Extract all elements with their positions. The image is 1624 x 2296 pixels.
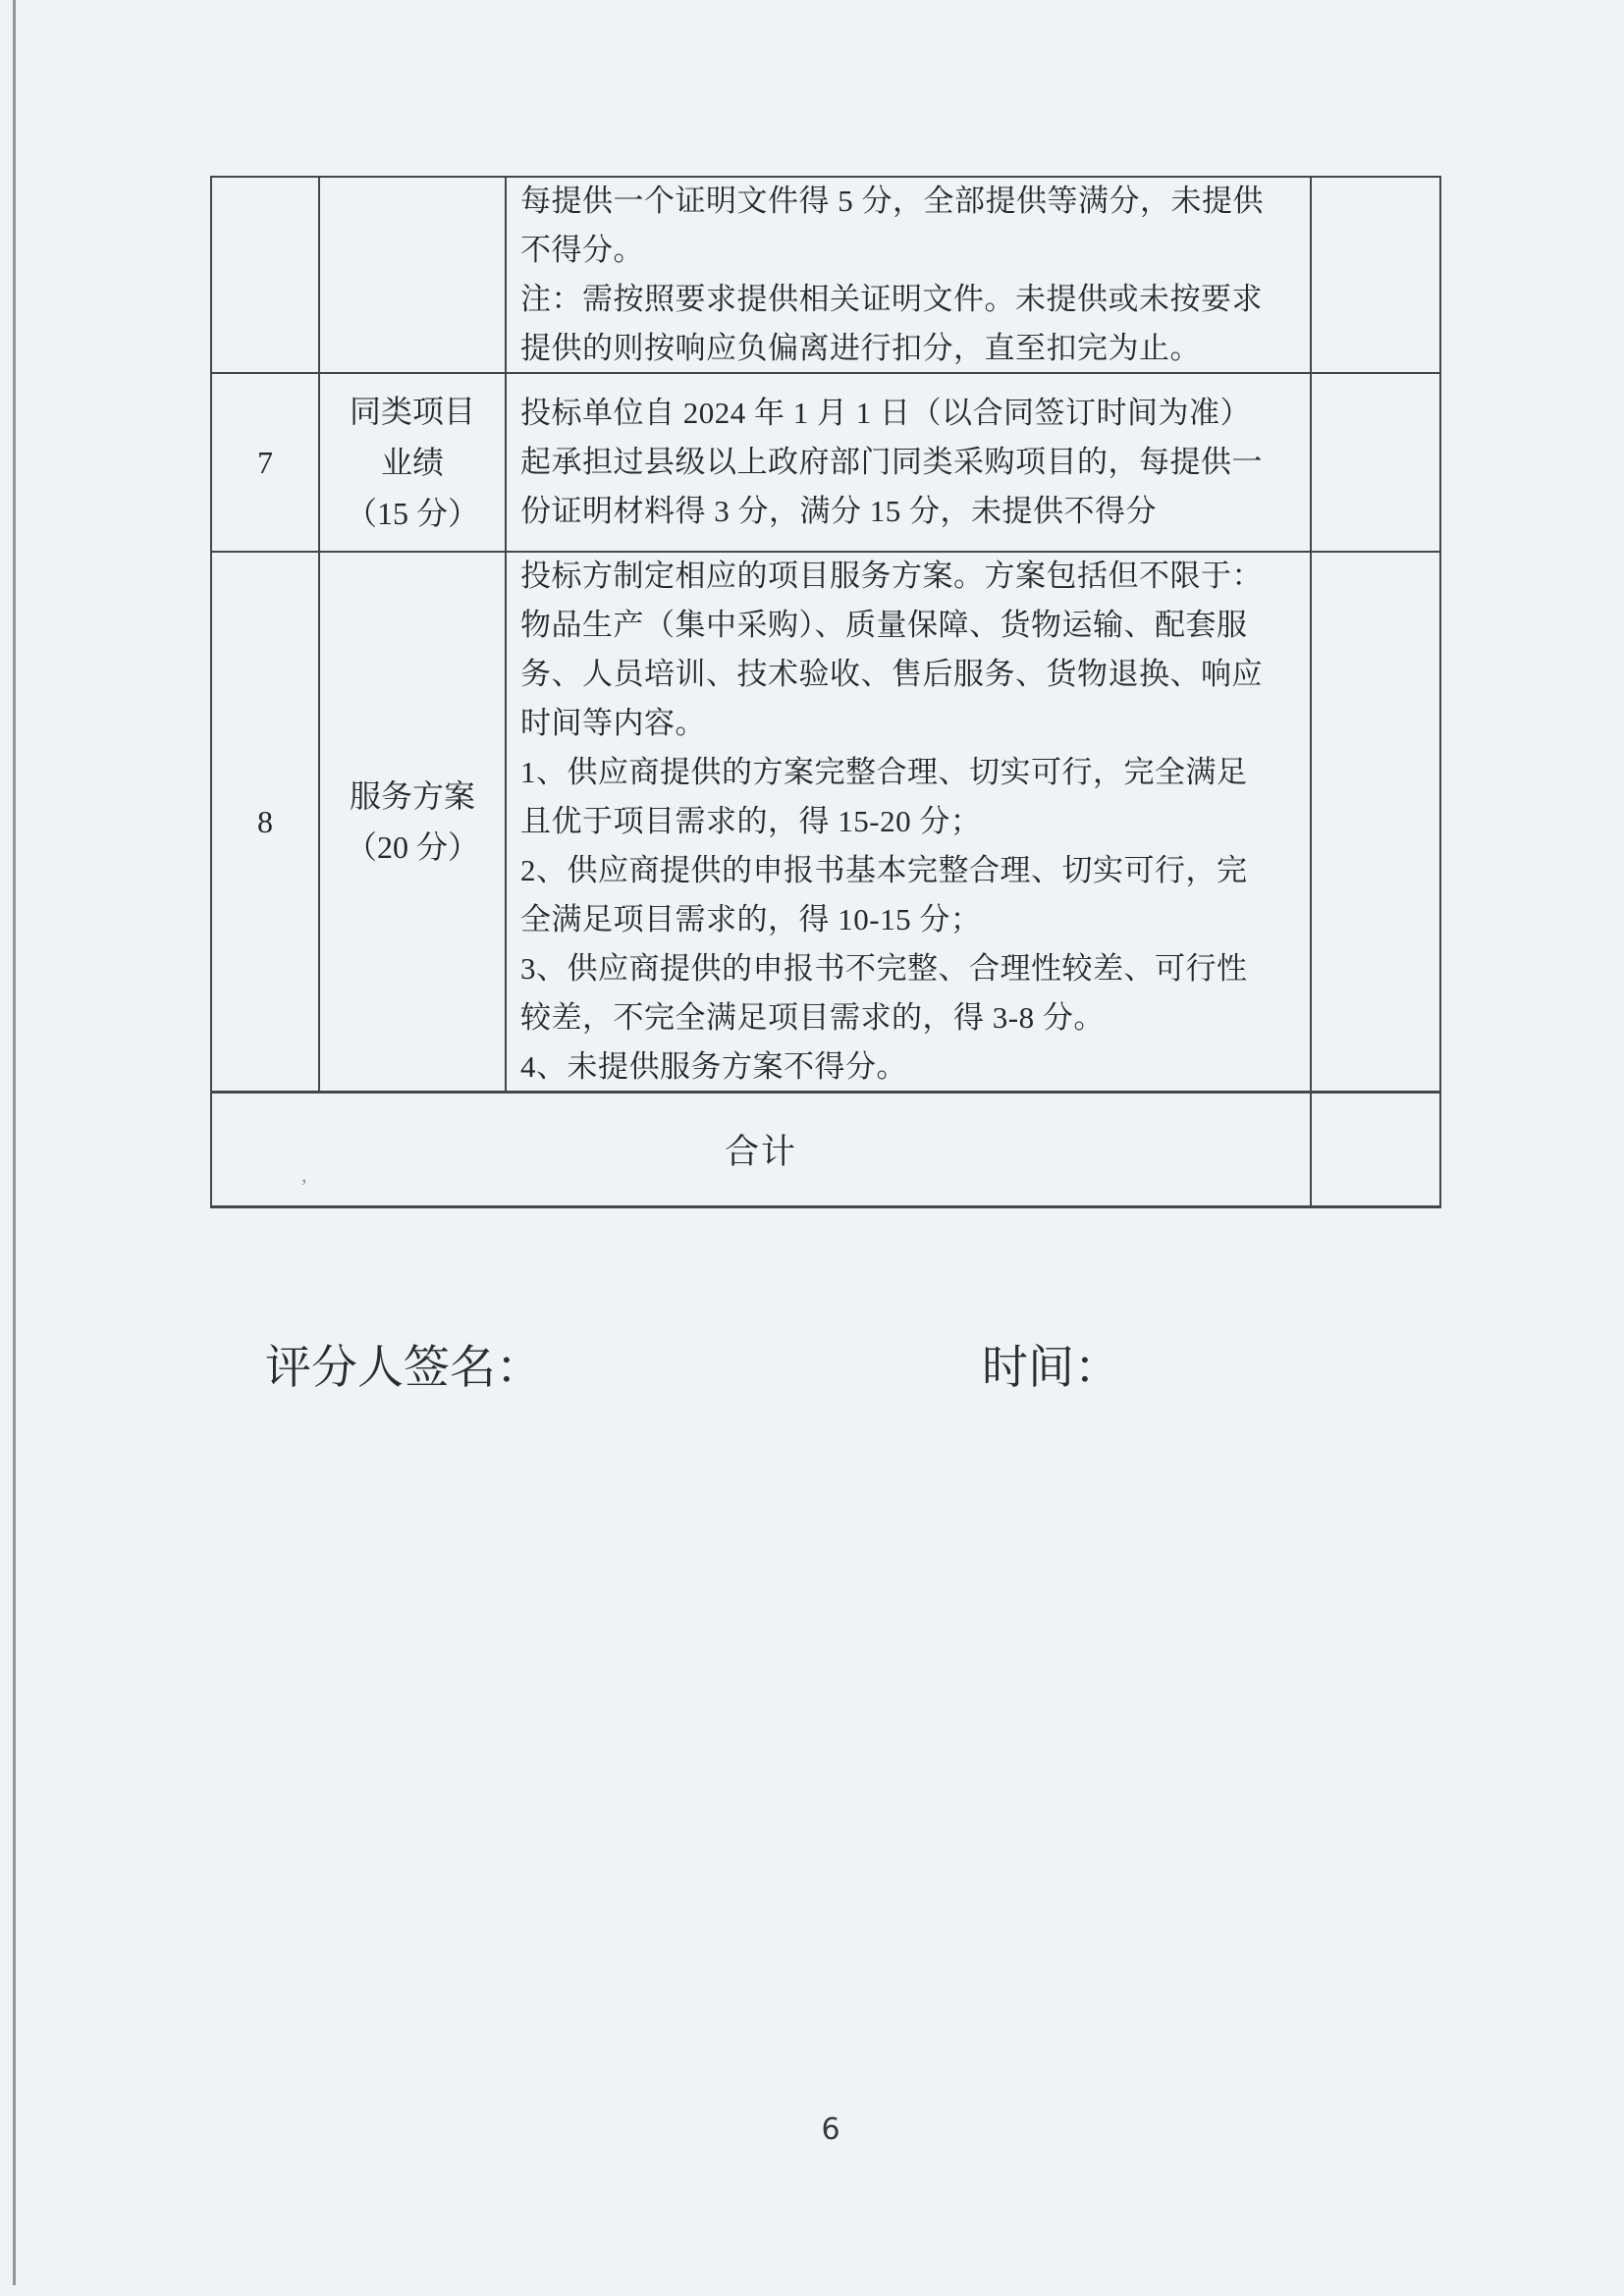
text-line: 业绩: [381, 437, 444, 488]
text-line: 时间等内容。: [520, 699, 1298, 748]
scan-speck: ’: [300, 1174, 307, 1200]
text-line: 起承担过县级以上政府部门同类采购项目的，每提供一: [520, 438, 1298, 487]
row-item-cell: [320, 178, 507, 374]
text-line: （15 分）: [346, 488, 479, 539]
total-score-cell: [1312, 1094, 1439, 1205]
row-no-cell: [212, 178, 320, 374]
scan-edge-line: [13, 0, 16, 2285]
text-line: 4、未提供服务方案不得分。: [520, 1042, 1298, 1092]
scorer-signature-label: 评分人签名：: [265, 1331, 542, 1397]
time-label: 时间：: [982, 1331, 1120, 1397]
text-line: 不得分。: [520, 226, 1298, 275]
text-line: 1、供应商提供的方案完整合理、切实可行，完全满足: [520, 748, 1298, 797]
row-criteria-cell: 投标单位自 2024 年 1 月 1 日（以合同签订时间为准）起承担过县级以上政…: [507, 374, 1312, 553]
total-label-cell: 合计: [212, 1094, 1312, 1205]
text-line: 全满足项目需求的，得 10-15 分；: [520, 895, 1298, 944]
text-line: 同类项目: [350, 386, 475, 437]
text-line: 且优于项目需求的，得 15-20 分；: [520, 797, 1298, 846]
row-criteria-cell: 每提供一个证明文件得 5 分，全部提供等满分，未提供不得分。注：需按照要求提供相…: [507, 178, 1312, 374]
text-line: 物品生产（集中采购）、质量保障、货物运输、配套服: [520, 601, 1298, 650]
row-score-cell: [1312, 374, 1439, 553]
row-score-cell: [1312, 553, 1439, 1094]
text-line: 服务方案: [350, 771, 475, 822]
text-line: 3、供应商提供的申报书不完整、合理性较差、可行性: [520, 944, 1298, 993]
text-line: （20 分）: [346, 822, 479, 873]
text-line: 较差，不完全满足项目需求的，得 3-8 分。: [520, 993, 1298, 1042]
text-line: 注：需按照要求提供相关证明文件。未提供或未按要求: [520, 275, 1298, 324]
text-line: 提供的则按响应负偏离进行扣分，直至扣完为止。: [520, 324, 1298, 373]
scanned-document-page: 每提供一个证明文件得 5 分，全部提供等满分，未提供不得分。注：需按照要求提供相…: [0, 0, 1624, 2296]
text-line: 2、供应商提供的申报书基本完整合理、切实可行，完: [520, 846, 1298, 895]
text-line: 投标方制定相应的项目服务方案。方案包括但不限于：: [520, 553, 1298, 601]
row-item-cell: 服务方案（20 分）: [320, 553, 507, 1094]
row-item-cell: 同类项目业绩（15 分）: [320, 374, 507, 553]
text-line: 务、人员培训、技术验收、售后服务、货物退换、响应: [520, 650, 1298, 699]
row-no-cell: 8: [212, 553, 320, 1094]
row-score-cell: [1312, 178, 1439, 374]
text-line: 投标单位自 2024 年 1 月 1 日（以合同签订时间为准）: [520, 389, 1298, 438]
row-criteria-cell: 投标方制定相应的项目服务方案。方案包括但不限于：物品生产（集中采购）、质量保障、…: [507, 553, 1312, 1094]
evaluation-score-table: 每提供一个证明文件得 5 分，全部提供等满分，未提供不得分。注：需按照要求提供相…: [210, 176, 1441, 1208]
text-line: 每提供一个证明文件得 5 分，全部提供等满分，未提供: [520, 178, 1298, 226]
page-number: 6: [791, 2112, 870, 2147]
row-no-cell: 7: [212, 374, 320, 553]
text-line: 份证明材料得 3 分，满分 15 分，未提供不得分: [520, 487, 1298, 536]
